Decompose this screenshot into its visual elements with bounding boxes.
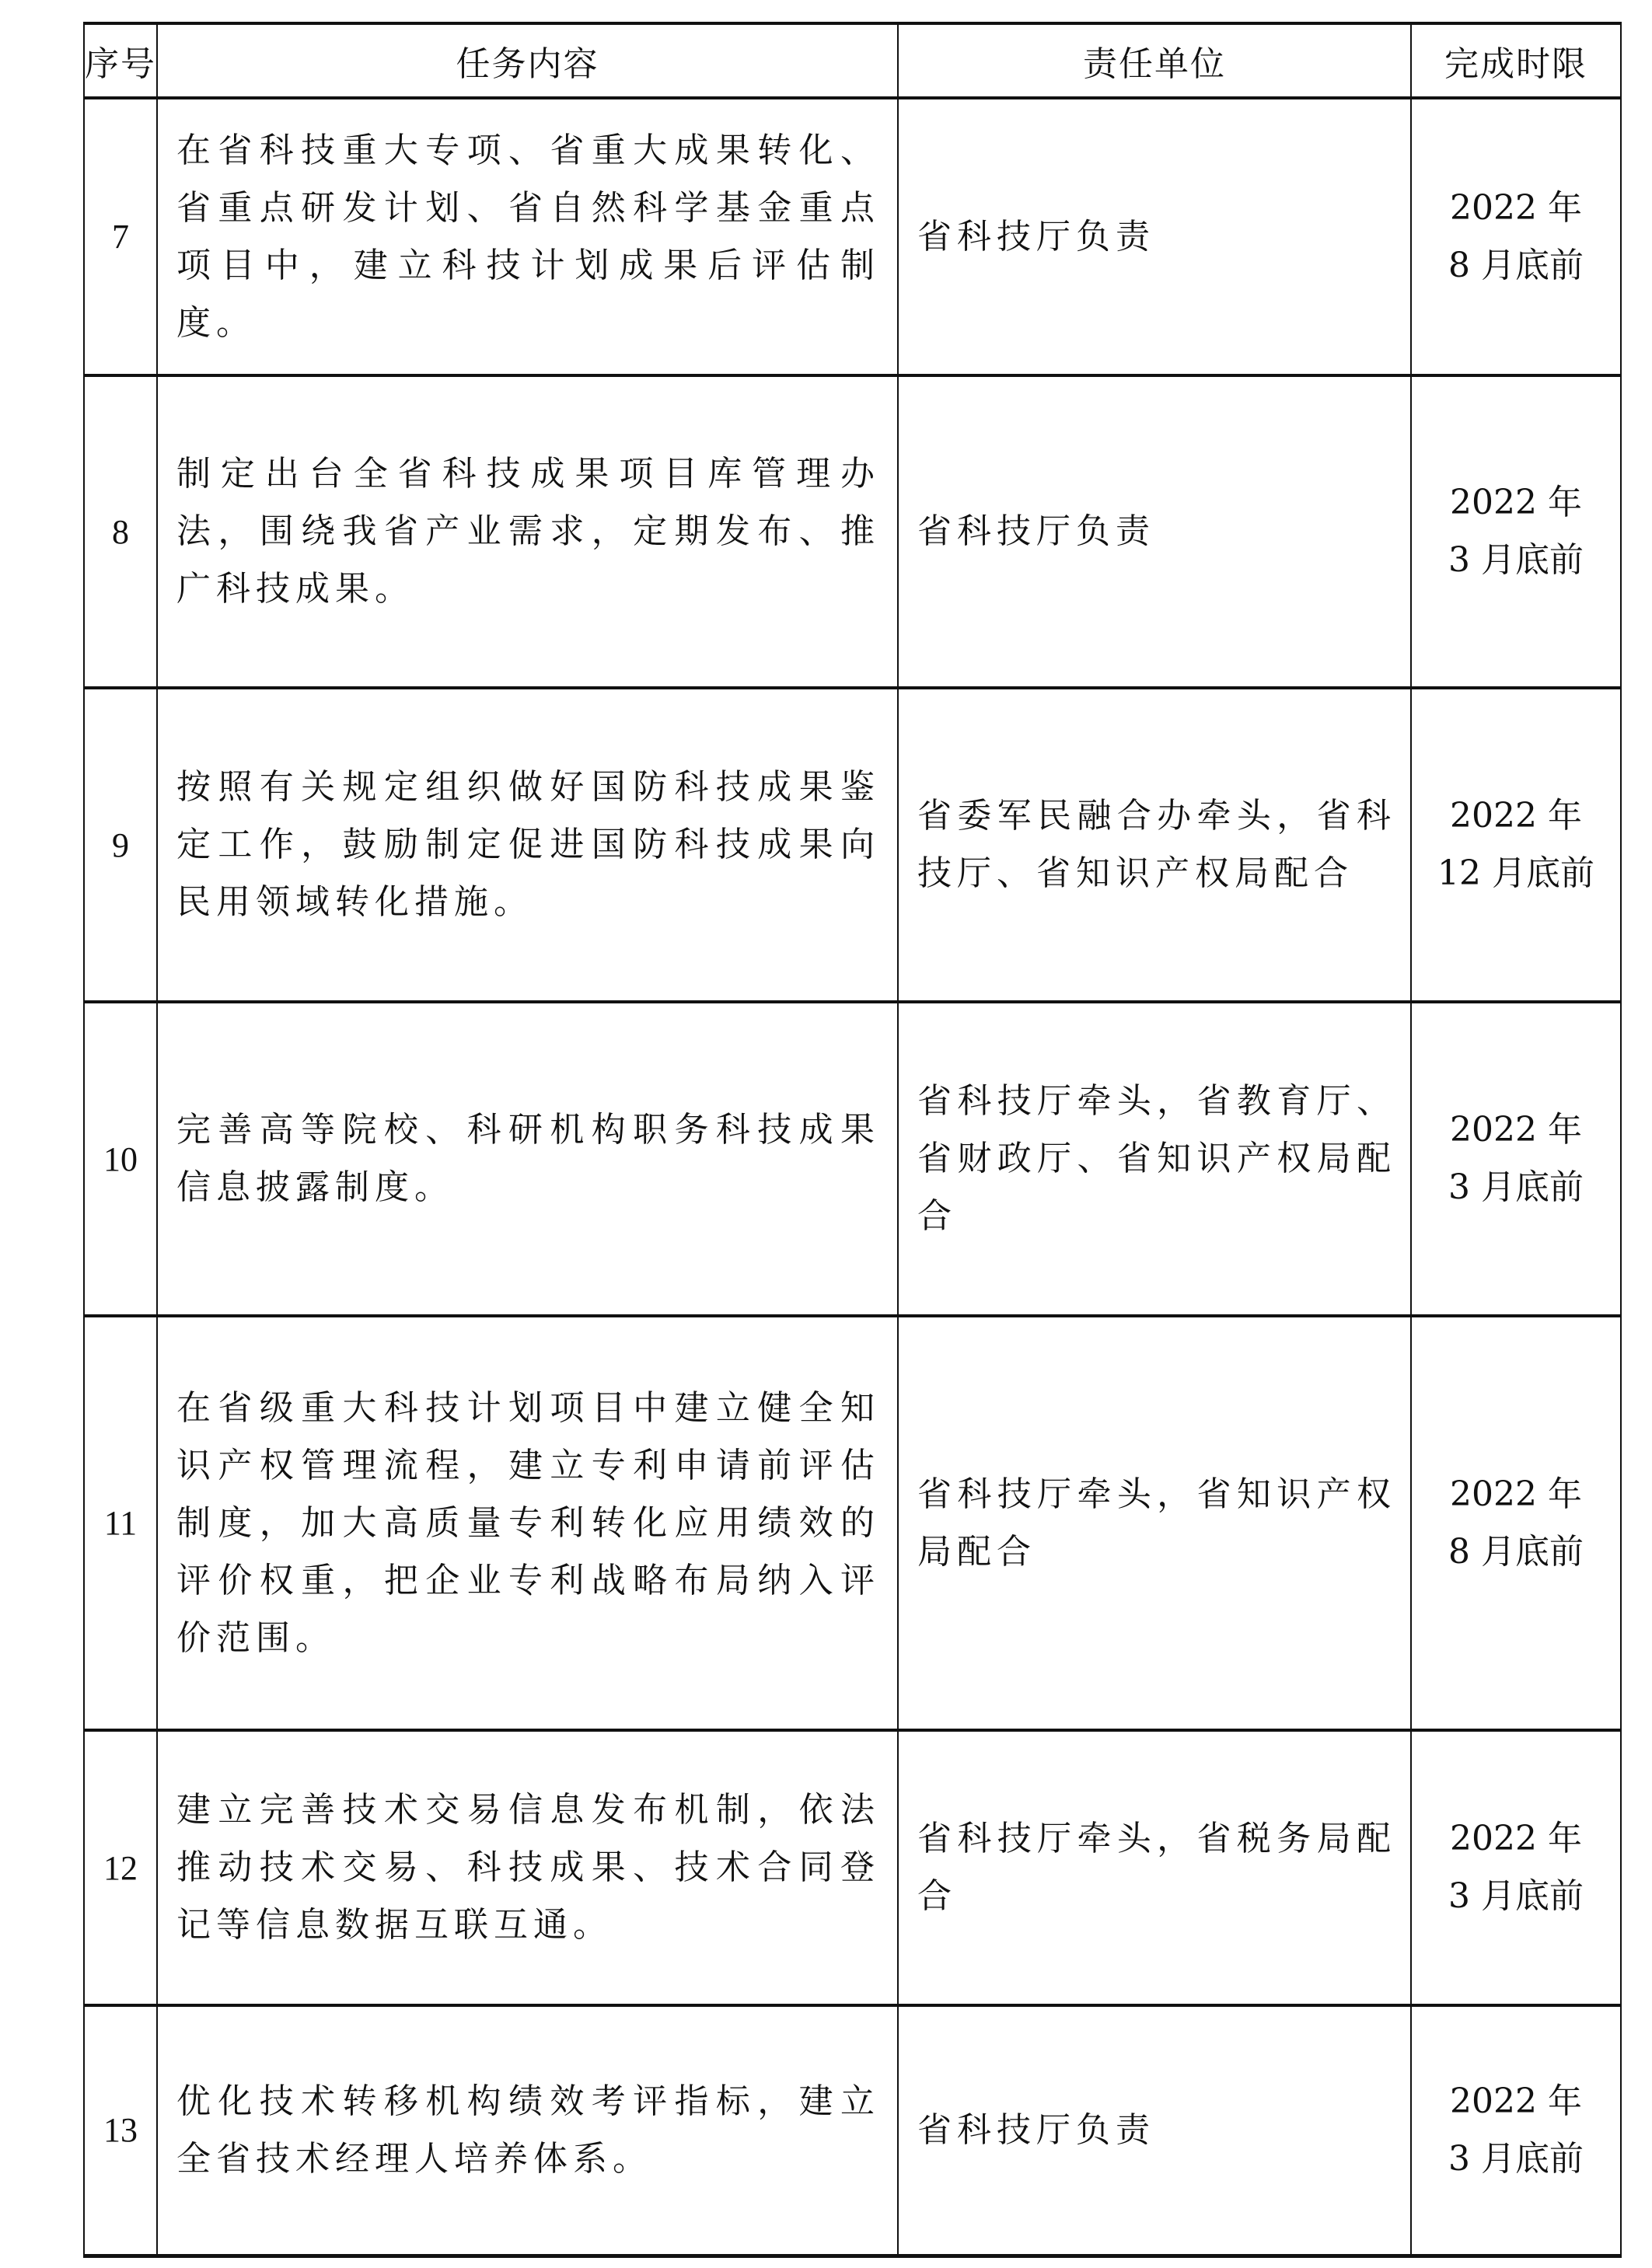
serial-number: 11 bbox=[84, 1316, 157, 1730]
serial-number: 9 bbox=[84, 688, 157, 1002]
deadline-year: 2022 年 bbox=[1412, 1101, 1620, 1159]
deadline-month: 8 月底前 bbox=[1412, 1523, 1620, 1581]
table-row: 9 按照有关规定组织做好国防科技成果鉴定工作，鼓励制定促进国防科技成果向民用领域… bbox=[84, 688, 1621, 1002]
table-row: 11 在省级重大科技计划项目中建立健全知识产权管理流程，建立专利申请前评估制度，… bbox=[84, 1316, 1621, 1730]
deadline-year: 2022 年 bbox=[1412, 787, 1620, 845]
deadline-month: 3 月底前 bbox=[1412, 532, 1620, 589]
table-header-row: 序号 任务内容 责任单位 完成时限 bbox=[84, 23, 1621, 98]
deadline-month: 3 月底前 bbox=[1412, 2130, 1620, 2188]
deadline: 2022 年 3 月底前 bbox=[1411, 375, 1621, 688]
deadline: 2022 年 12 月底前 bbox=[1411, 688, 1621, 1002]
table-row: 12 建立完善技术交易信息发布机制，依法推动技术交易、科技成果、技术合同登记等信… bbox=[84, 1730, 1621, 2005]
deadline-month: 12 月底前 bbox=[1412, 845, 1620, 902]
task-content: 优化技术转移机构绩效考评指标，建立全省技术经理人培养体系。 bbox=[157, 2005, 898, 2256]
deadline-year: 2022 年 bbox=[1412, 474, 1620, 532]
responsible-unit: 省科技厅牵头，省教育厅、省财政厅、省知识产权局配合 bbox=[898, 1002, 1411, 1316]
task-content: 在省级重大科技计划项目中建立健全知识产权管理流程，建立专利申请前评估制度，加大高… bbox=[157, 1316, 898, 1730]
responsible-unit: 省科技厅负责 bbox=[898, 375, 1411, 688]
deadline-month: 3 月底前 bbox=[1412, 1868, 1620, 1925]
task-content: 完善高等院校、科研机构职务科技成果信息披露制度。 bbox=[157, 1002, 898, 1316]
serial-number: 12 bbox=[84, 1730, 157, 2005]
table-row: 7 在省科技重大专项、省重大成果转化、省重点研发计划、省自然科学基金重点项目中，… bbox=[84, 98, 1621, 375]
deadline-year: 2022 年 bbox=[1412, 2073, 1620, 2130]
serial-number: 13 bbox=[84, 2005, 157, 2256]
serial-number: 8 bbox=[84, 375, 157, 688]
responsible-unit: 省科技厅牵头，省知识产权局配合 bbox=[898, 1316, 1411, 1730]
document-page: 序号 任务内容 责任单位 完成时限 7 在省科技重大专项、省重大成果转化、省重点… bbox=[0, 0, 1652, 2268]
serial-number: 7 bbox=[84, 98, 157, 375]
task-table: 序号 任务内容 责任单位 完成时限 7 在省科技重大专项、省重大成果转化、省重点… bbox=[83, 22, 1622, 2258]
responsible-unit: 省科技厅负责 bbox=[898, 98, 1411, 375]
task-content: 按照有关规定组织做好国防科技成果鉴定工作，鼓励制定促进国防科技成果向民用领域转化… bbox=[157, 688, 898, 1002]
table-row: 10 完善高等院校、科研机构职务科技成果信息披露制度。 省科技厅牵头，省教育厅、… bbox=[84, 1002, 1621, 1316]
responsible-unit: 省委军民融合办牵头，省科技厅、省知识产权局配合 bbox=[898, 688, 1411, 1002]
table-row: 13 优化技术转移机构绩效考评指标，建立全省技术经理人培养体系。 省科技厅负责 … bbox=[84, 2005, 1621, 2256]
deadline-year: 2022 年 bbox=[1412, 1466, 1620, 1523]
responsible-unit: 省科技厅牵头，省税务局配合 bbox=[898, 1730, 1411, 2005]
responsible-unit: 省科技厅负责 bbox=[898, 2005, 1411, 2256]
deadline: 2022 年 8 月底前 bbox=[1411, 98, 1621, 375]
table-row: 8 制定出台全省科技成果项目库管理办法，围绕我省产业需求，定期发布、推广科技成果… bbox=[84, 375, 1621, 688]
deadline: 2022 年 3 月底前 bbox=[1411, 2005, 1621, 2256]
header-task-content: 任务内容 bbox=[157, 23, 898, 98]
header-deadline: 完成时限 bbox=[1411, 23, 1621, 98]
deadline-month: 3 月底前 bbox=[1412, 1159, 1620, 1216]
header-serial-number: 序号 bbox=[84, 23, 157, 98]
serial-number: 10 bbox=[84, 1002, 157, 1316]
deadline-year: 2022 年 bbox=[1412, 1810, 1620, 1868]
deadline: 2022 年 3 月底前 bbox=[1411, 1002, 1621, 1316]
deadline: 2022 年 8 月底前 bbox=[1411, 1316, 1621, 1730]
deadline-year: 2022 年 bbox=[1412, 180, 1620, 237]
deadline-month: 8 月底前 bbox=[1412, 237, 1620, 295]
deadline: 2022 年 3 月底前 bbox=[1411, 1730, 1621, 2005]
task-content: 制定出台全省科技成果项目库管理办法，围绕我省产业需求，定期发布、推广科技成果。 bbox=[157, 375, 898, 688]
header-responsible-unit: 责任单位 bbox=[898, 23, 1411, 98]
task-content: 建立完善技术交易信息发布机制，依法推动技术交易、科技成果、技术合同登记等信息数据… bbox=[157, 1730, 898, 2005]
task-content: 在省科技重大专项、省重大成果转化、省重点研发计划、省自然科学基金重点项目中，建立… bbox=[157, 98, 898, 375]
